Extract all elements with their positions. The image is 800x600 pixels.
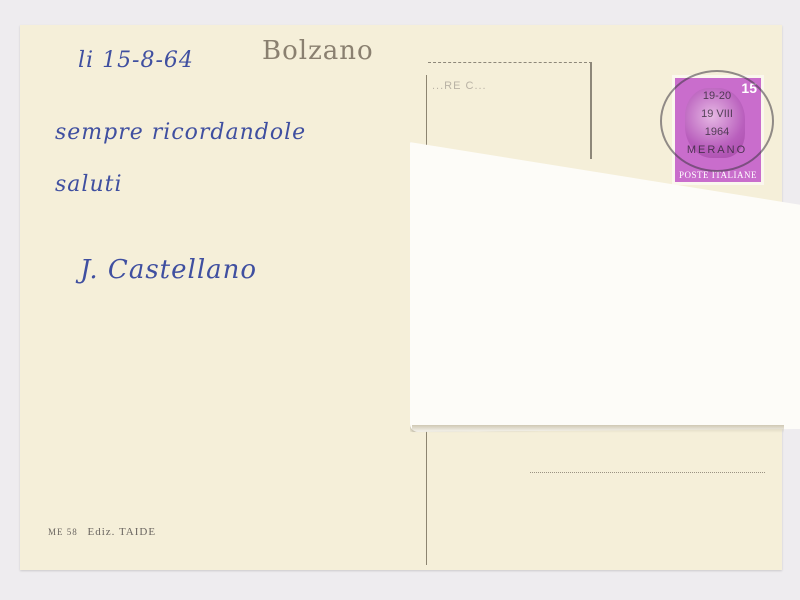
slogan-postmark-frame <box>428 62 592 159</box>
cancellation-postmark: 19-20 19 VIII 1964 MERANO <box>660 70 774 172</box>
postmark-city: MERANO <box>662 144 772 156</box>
postmark-date: 19 VIII <box>662 108 772 120</box>
handwritten-place: Bolzano <box>262 36 374 66</box>
handwritten-message-line2: saluti <box>55 172 123 197</box>
postmark-time: 19-20 <box>662 90 772 102</box>
slogan-postmark-text: ...RE C... <box>432 80 487 92</box>
publisher-imprint: ME 58 Ediz. TAIDE <box>48 526 156 538</box>
postmark-year: 1964 <box>662 126 772 138</box>
handwritten-signature: J. Castellano <box>80 255 257 285</box>
handwritten-date: li 15-8-64 <box>78 48 194 73</box>
handwritten-message-line1: sempre ricordandole <box>55 120 306 145</box>
publisher-name: Ediz. TAIDE <box>88 526 157 538</box>
address-dotted-line <box>530 472 765 473</box>
publisher-code: ME 58 <box>48 527 78 537</box>
insert-card-shadow <box>412 425 784 433</box>
